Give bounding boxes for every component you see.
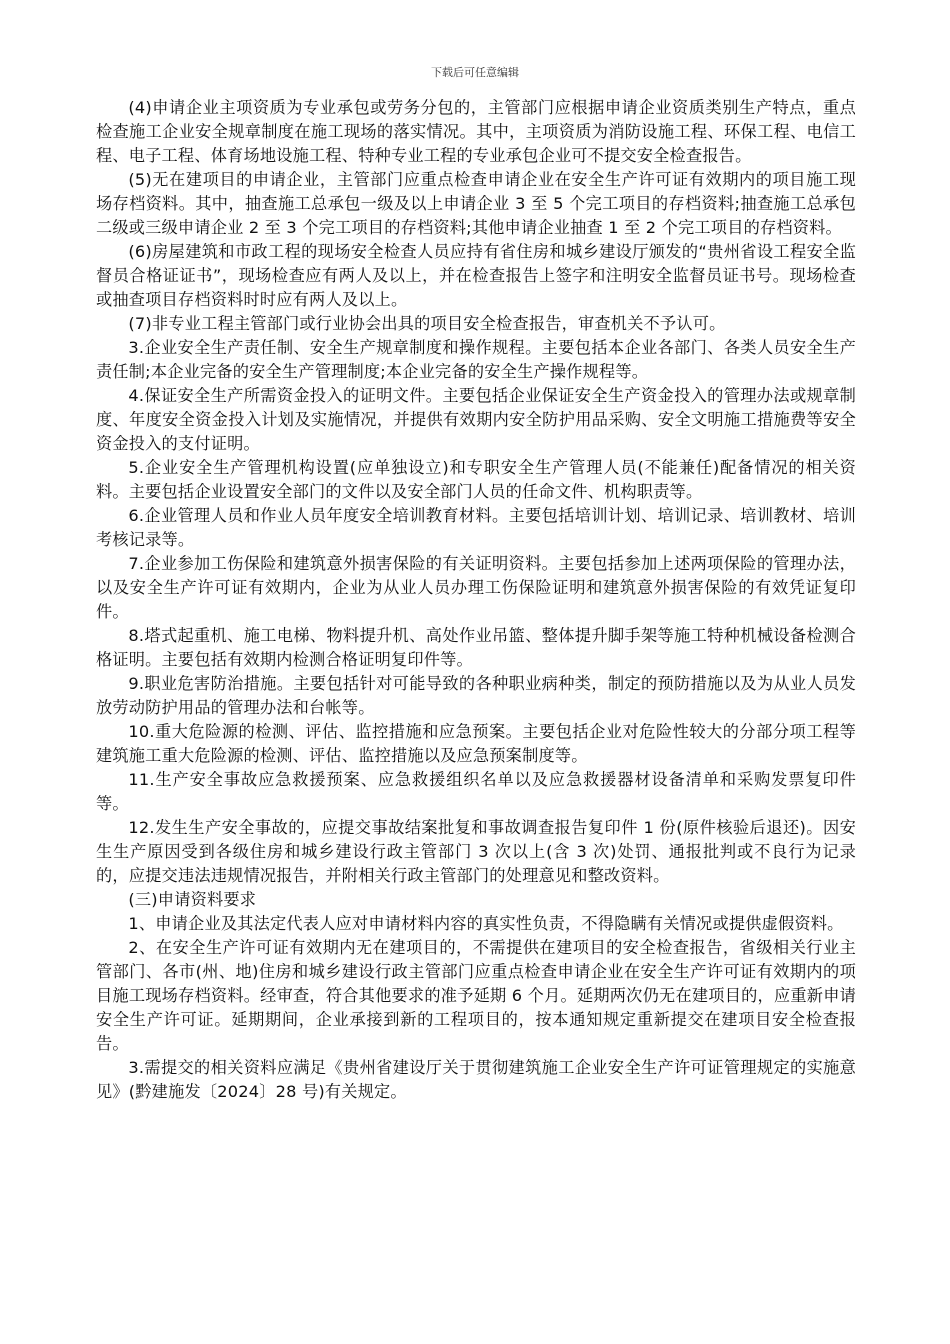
page-header: 下载后可任意编辑: [0, 64, 950, 82]
requirement-1: 1、申请企业及其法定代表人应对申请材料内容的真实性负责，不得隐瞒有关情况或提供虚…: [96, 912, 856, 936]
requirement-2: 2、在安全生产许可证有效期内无在建项目的，不需提供在建项目的安全检查报告，省级相…: [96, 936, 856, 1056]
paragraph-8-equipment: 8.塔式起重机、施工电梯、物料提升机、高处作业吊篮、整体提升脚手架等施工特种机械…: [96, 624, 856, 672]
paragraph-11-emergency: 11.生产安全事故应急救援预案、应急救援组织名单以及应急救援器材设备清单和采购发…: [96, 768, 856, 816]
requirement-3: 3.需提交的相关资料应满足《贵州省建设厅关于贯彻建筑施工企业安全生产许可证管理规…: [96, 1056, 856, 1104]
paragraph-item-7: (7)非专业工程主管部门或行业协会出具的项目安全检查报告，审查机关不予认可。: [96, 312, 856, 336]
section-heading-requirements: (三)申请资料要求: [96, 888, 856, 912]
paragraph-9-occupational-hazard: 9.职业危害防治措施。主要包括针对可能导致的各种职业病种类，制定的预防措施以及为…: [96, 672, 856, 720]
paragraph-item-6: (6)房屋建筑和市政工程的现场安全检查人员应持有省住房和城乡建设厅颁发的“贵州省…: [96, 240, 856, 312]
document-body: (4)申请企业主项资质为专业承包或劳务分包的，主管部门应根据申请企业资质类别生产…: [96, 96, 856, 1104]
paragraph-6-training: 6.企业管理人员和作业人员年度安全培训教育材料。主要包括培训计划、培训记录、培训…: [96, 504, 856, 552]
paragraph-item-5: (5)无在建项目的申请企业，主管部门应重点检查申请企业在安全生产许可证有效期内的…: [96, 168, 856, 240]
paragraph-7-insurance: 7.企业参加工伤保险和建筑意外损害保险的有关证明资料。主要包括参加上述两项保险的…: [96, 552, 856, 624]
paragraph-4-funding: 4.保证安全生产所需资金投入的证明文件。主要包括企业保证安全生产资金投入的管理办…: [96, 384, 856, 456]
paragraph-12-accidents: 12.发生生产安全事故的，应提交事故结案批复和事故调查报告复印件 1 份(原件核…: [96, 816, 856, 888]
paragraph-3-responsibility: 3.企业安全生产责任制、安全生产规章制度和操作规程。主要包括本企业各部门、各类人…: [96, 336, 856, 384]
paragraph-10-hazard-sources: 10.重大危险源的检测、评估、监控措施和应急预案。主要包括企业对危险性较大的分部…: [96, 720, 856, 768]
paragraph-item-4: (4)申请企业主项资质为专业承包或劳务分包的，主管部门应根据申请企业资质类别生产…: [96, 96, 856, 168]
paragraph-5-organization: 5.企业安全生产管理机构设置(应单独设立)和专职安全生产管理人员(不能兼任)配备…: [96, 456, 856, 504]
